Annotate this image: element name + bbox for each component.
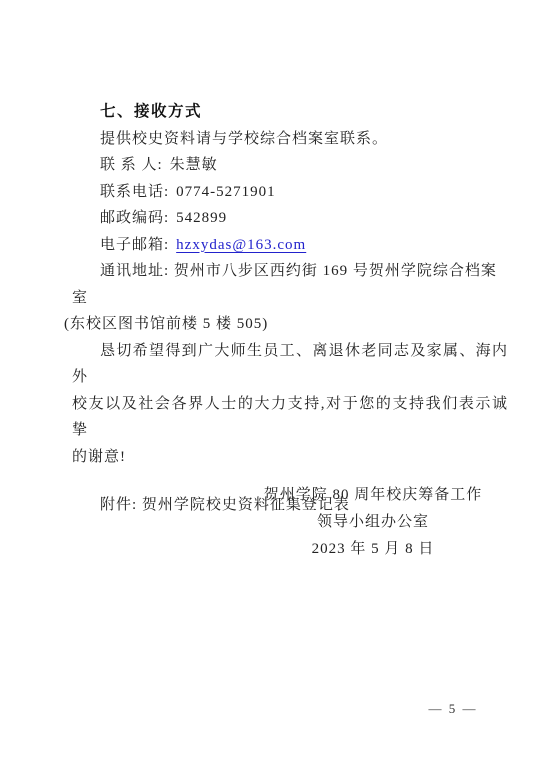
document-body: 七、接收方式 提供校史资料请与学校综合档案室联系。 联 系 人:朱慧敏 联系电话… <box>0 0 543 519</box>
signature-org-line-2: 领导小组办公室 <box>264 509 483 536</box>
signature-org-line-1: 贺州学院 80 周年校庆筹备工作 <box>264 482 483 509</box>
section-heading: 七、接收方式 <box>72 99 508 126</box>
contact-person-value: 朱慧敏 <box>170 157 218 173</box>
contact-phone-line: 联系电话:0774-5271901 <box>72 179 508 206</box>
page-number: — 5 — <box>429 701 478 717</box>
paragraph-intro: 提供校史资料请与学校综合档案室联系。 <box>72 126 508 153</box>
email-link[interactable]: hzxydas@163.com <box>176 237 306 253</box>
appeal-line-2: 校友以及社会各界人士的大力支持,对于您的支持我们表示诚挚 <box>72 391 508 444</box>
postal-code-line: 邮政编码:542899 <box>72 205 508 232</box>
contact-phone-value: 0774-5271901 <box>176 184 276 200</box>
email-line: 电子邮箱:hzxydas@163.com <box>72 232 508 259</box>
appeal-line-3: 的谢意! <box>72 444 508 471</box>
postal-code-label: 邮政编码: <box>100 210 169 226</box>
signature-date: 2023 年 5 月 8 日 <box>264 536 483 563</box>
document-page: 七、接收方式 提供校史资料请与学校综合档案室联系。 联 系 人:朱慧敏 联系电话… <box>0 0 543 768</box>
contact-person-label: 联 系 人: <box>100 157 163 173</box>
address-line-2: (东校区图书馆前楼 5 楼 505) <box>64 311 508 338</box>
address-line-1: 通讯地址: 贺州市八步区西约街 169 号贺州学院综合档案室 <box>72 258 508 311</box>
contact-phone-label: 联系电话: <box>100 184 169 200</box>
email-label: 电子邮箱: <box>100 237 169 253</box>
appeal-line-1: 恳切希望得到广大师生员工、离退休老同志及家属、海内外 <box>72 338 508 391</box>
contact-person-line: 联 系 人:朱慧敏 <box>72 152 508 179</box>
postal-code-value: 542899 <box>176 210 227 226</box>
signature-block: 贺州学院 80 周年校庆筹备工作 领导小组办公室 2023 年 5 月 8 日 <box>264 482 483 563</box>
